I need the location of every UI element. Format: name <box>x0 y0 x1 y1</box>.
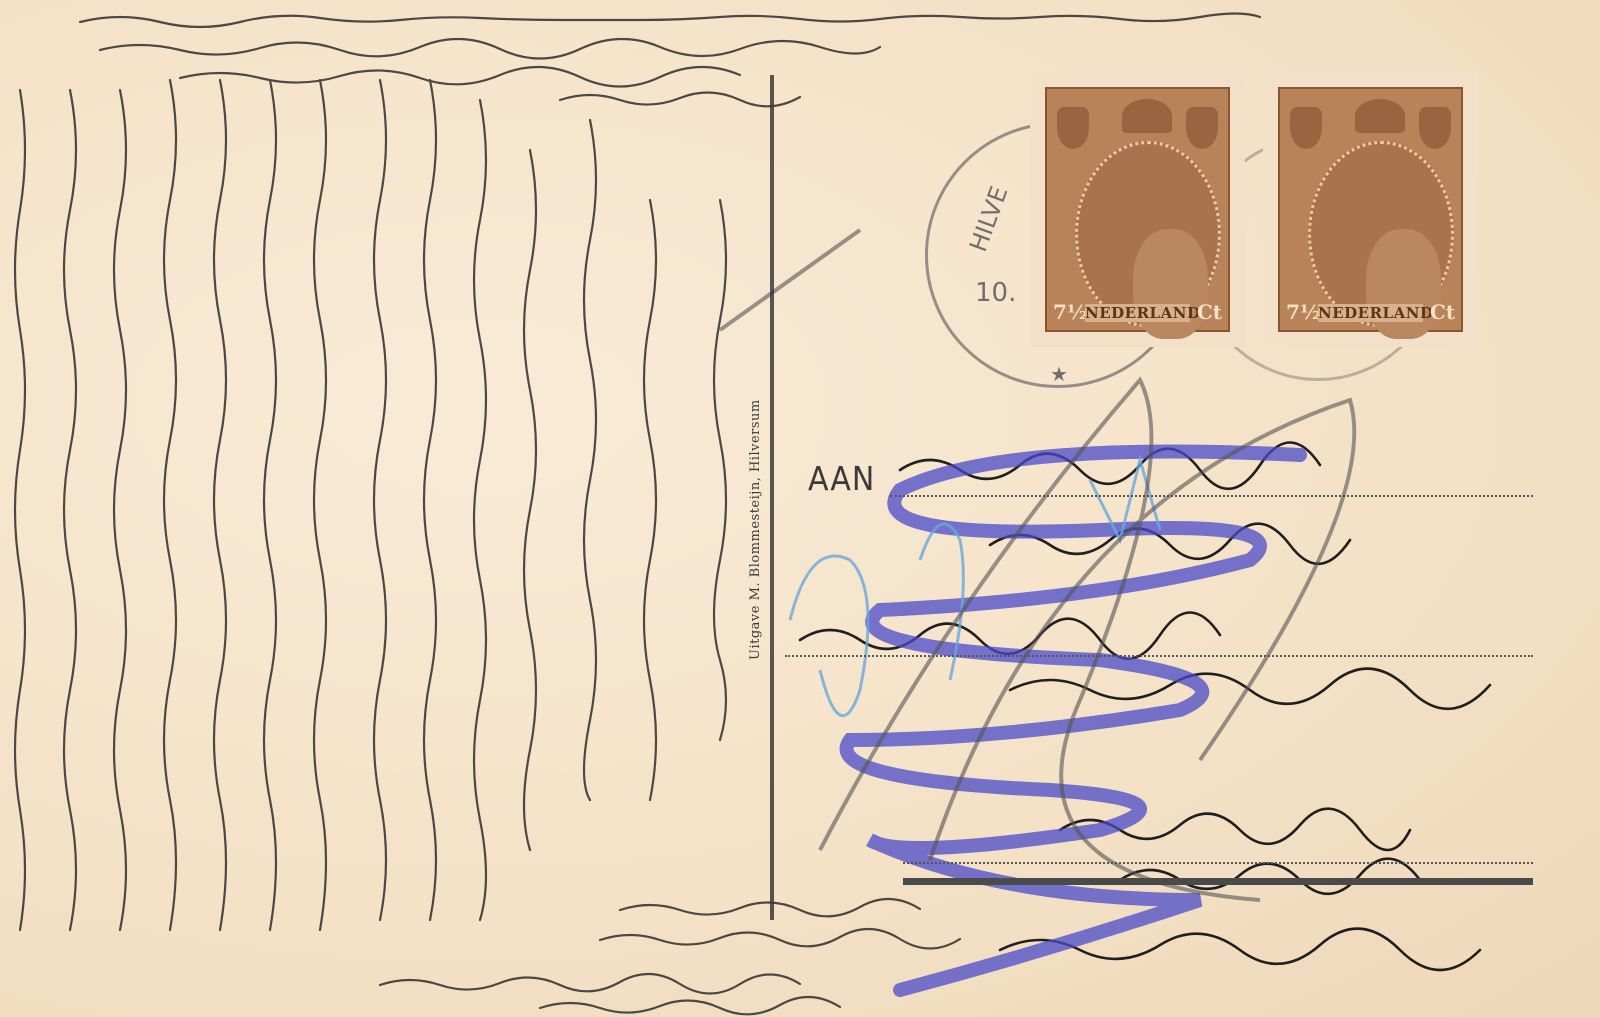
coat-of-arms-icon <box>1186 107 1218 149</box>
stamp-country: NEDERLAND <box>1318 304 1423 322</box>
stamp-value: 7½ <box>1053 300 1088 324</box>
postmark-star: ★ <box>1050 362 1068 386</box>
stamp-unit: Ct <box>1197 300 1222 324</box>
stamp-country: NEDERLAND <box>1085 304 1190 322</box>
postmark-date: 10. <box>975 278 1016 308</box>
crown-icon <box>1122 99 1172 133</box>
publisher-imprint: Uitgave M. Blommesteijn, Hilversum <box>748 399 763 660</box>
address-label: AAN <box>808 460 875 499</box>
address-underline <box>903 878 1533 885</box>
coat-of-arms-icon <box>1419 107 1451 149</box>
address-line-2 <box>785 655 1533 657</box>
crown-icon <box>1355 99 1405 133</box>
stamp: 7½ NEDERLAND Ct <box>1263 72 1478 347</box>
stamp-unit: Ct <box>1430 300 1455 324</box>
center-divider <box>770 75 774 920</box>
address-line-3 <box>903 862 1533 864</box>
coat-of-arms-icon <box>1290 107 1322 149</box>
coat-of-arms-icon <box>1057 107 1089 149</box>
stamp-value: 7½ <box>1286 300 1321 324</box>
stamp: 7½ NEDERLAND Ct <box>1030 72 1245 347</box>
address-line-1 <box>890 495 1533 497</box>
postcard: HILVE 10. ★ 7½ NEDERLAND Ct 7½ NEDERLAND… <box>0 0 1600 1017</box>
